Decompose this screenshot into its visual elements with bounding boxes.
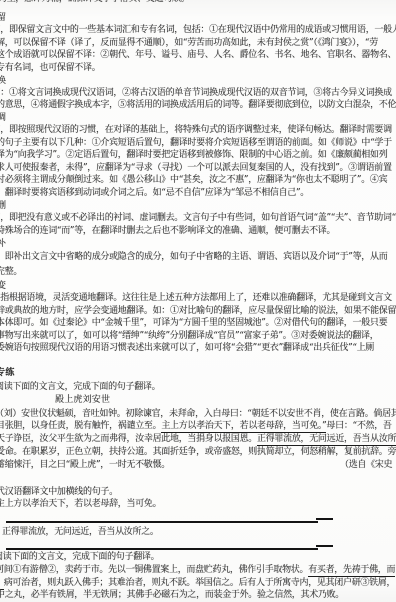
line-text: 求人可使报秦者，未得”，应翻译为“寻求（寻找）一个可以派去回复秦国的人，没有找到…	[0, 163, 392, 173]
source-citation: （选自《宋史	[340, 460, 392, 471]
line-text: 的句子主要有以下几种：①介宾短语后置句，翻译时要将介宾短语移至谓语的前面。如《师…	[0, 138, 392, 148]
line-text: 专练	[0, 368, 15, 378]
line-text: 的意思，④将通假字换成本字，⑤将活用的词换成活用后的词等。翻译要彻底到位，以防文…	[0, 100, 396, 110]
document-page: 为主，意译为辅，确保译文字字落实、文通句顺。留”，即保留文言文中的一些基本词汇和…	[0, 0, 396, 602]
text-line: ”，即按照现代汉语的习惯，在对译的基础上，将特殊句式的语序调整过来，使译句畅达。…	[0, 125, 396, 137]
line-text: 主上方以孝治天下，若以老母辞，当可免。	[0, 499, 161, 509]
text-line: 译为“向我学习”。②定语后置句，翻译时要把定语移到被修饰、限制的中心语之前。如《…	[0, 150, 396, 162]
line-text: ，即补出文言文中省略的成分或隐含的成分，如句子中省略的主语、谓语、宾语以及介词“…	[0, 252, 387, 262]
line-text: 调	[0, 113, 6, 123]
line-text: 补	[0, 239, 6, 249]
line-text: 殿上虎刘安世	[55, 395, 110, 405]
line-text: 阅读下面的文言文，完成下面的句子翻译。	[0, 382, 160, 392]
text-line: 特殊场合的连词“而”等，在翻译时删去之后也不影响译文的准确、通顺，便可删去不译。	[0, 226, 396, 238]
line-text: 受命。在职累岁，正色立朝，扶持公道。其面折廷争，或帝盛怒，则执简却立，伺怒稍解，…	[0, 447, 396, 457]
line-text: ，翻译时要将宾语移到动词或介词之后。如“忌不自信”应译为“邹忌不相信自己”。	[0, 188, 309, 198]
line-text: ”，即保留文言文中的一些基本词汇和专有名词，包括：①在现代汉语中仍常用的成语或习…	[0, 25, 396, 35]
line-text: 这个成语就可以保留不译：②朝代、年号、谥号、庙号、人名、爵位名、书名、地名、官职…	[0, 50, 396, 60]
section-header: 变	[0, 281, 396, 293]
text-line: 辞或典故的地方时，应学会变通地翻译。如：①对比喻句的翻译，应尽量保留比喻的说法，…	[0, 306, 396, 318]
section-header: 换	[0, 76, 396, 88]
line-text: 代汉语翻译文中加横线的句子。	[0, 487, 118, 497]
line-text: 河间①有游僧②，卖药于市。先以一铜佛置案上，而盘贮药丸，佛作引手取物状。	[0, 565, 308, 575]
answer-blank-line	[0, 518, 396, 524]
line-text: 为主，意译为辅，确保译文字字落实、文通句顺。	[0, 0, 189, 4]
line-text: 母曰：“不然，吾	[326, 421, 391, 431]
underlined-sentence: 有买者，先祷于佛，而	[308, 565, 395, 577]
practice-section-header: 专练	[0, 368, 396, 380]
section-header: 留	[0, 13, 396, 25]
line-text: 中之丸，必半有铁屑，半无铁屑；其佛手必磁石为之，而装金于外。验之信然，其术乃败。	[0, 590, 344, 600]
text-line: ，病可治者，则丸跃入佛手；其难治者，则丸不跃。举国信之。后有人于所寓寺内，见其闭…	[0, 578, 396, 590]
text-line: 解，可以保留不译（译了，反而显得不通顺），如“劳苦而功高如此，未有封侯之赏”（《…	[0, 38, 396, 50]
line-text: 委婉语句按照现代汉语的用语习惯表述出来就可以了，如可将“会猎”“更衣”翻译成“出…	[0, 343, 374, 353]
text-line: ”，即保留文言文中的一些基本词汇和专有名词，包括：①在现代汉语中仍常用的成语或习…	[0, 25, 396, 37]
line-text: 完整。	[0, 267, 22, 277]
text-line: 主上方以孝治天下，若以老母辞，当可免。	[0, 499, 396, 511]
text-line: 中之丸，必半有铁屑，半无铁屑；其佛手必磁石为之，而装金于外。验之信然，其术乃败。	[0, 590, 396, 602]
line-text: ”，即按照现代汉语的习惯，在对译的基础上，将特殊句式的语序调整过来，使译句畅达。…	[0, 125, 392, 135]
text-line: 目张胆，以身任责，脱有触忤，祸谴立至。主上方以孝治天下，若以老母辞，当可免。”母…	[0, 421, 396, 433]
line-text: 天子诤臣，汝父平生欲为之而弗得，汝幸居此地，当捐身以报国恩。	[0, 434, 257, 444]
text-line: 阅读下面的文言文，完成下面的句子翻译。	[0, 552, 396, 564]
text-line: 天子诤臣，汝父平生欲为之而弗得，汝幸居此地，当捐身以报国恩。正得罪流放，无问远近…	[0, 434, 396, 446]
text-line: 河间①有游僧②，卖药于市。先以一铜佛置案上，而盘贮药丸，佛作引手取物状。有买者，…	[0, 565, 396, 577]
underlined-sentence: 主上方以孝治天下，若以老母辞，当可免。”	[161, 421, 326, 433]
text-line: （刘）安世仪状魁硕，音吐如钟。初除谏官，未拜命，入白母曰：“朝廷不以安世不肖，使…	[0, 409, 396, 421]
line-text: 事物写出来就可以了，如可以将“缙绅”“纨绔”分别翻译成“官员”“富家子弟”。③对…	[0, 331, 378, 341]
line-text: ”，即把没有意义或不必译出的衬词、虚词删去。文言句子中有些词，如句首语气词“盖”…	[0, 213, 396, 223]
text-line: 专有名词，也可保留不译。	[0, 63, 396, 75]
text-line: 这个成语就可以保留不译：②朝代、年号、谥号、庙号、人名、爵位名、书名、地名、官职…	[0, 50, 396, 62]
section-header: 删	[0, 201, 396, 213]
line-text: 阅读下面的文言文，完成下面的句子翻译。	[0, 552, 159, 562]
text-line: ”指根据语境，灵活变通地翻译。这往往是上述五种方法都用上了，还难以准确翻译，尤其…	[0, 293, 396, 305]
answer-blank-line-segment	[6, 521, 318, 523]
passage-title: 殿上虎刘安世	[55, 395, 396, 407]
text-line: 本体即可。如《过秦论》中“金城千里”，可译为“方圆千里的坚固城池”。②对借代句的…	[0, 318, 396, 330]
line-text: 本体即可。如《过秦论》中“金城千里”，可译为“方圆千里的坚固城池”。②对借代句的…	[0, 318, 387, 328]
text-line: ，即补出文言文中省略的成分或隐含的成分，如句子中省略的主语、谓语、宾语以及介词“…	[0, 252, 396, 264]
text-line: ”，即把没有意义或不必译出的衬词、虚词删去。文言句子中有些词，如句首语气词“盖”…	[0, 213, 396, 225]
line-text: 时必须将主谓成分颠倒过来。如《愚公移山》中“甚矣，汝之不惠”，应翻译为“你也太不…	[0, 175, 387, 185]
line-text: 正得罪流放，无问远近，吾当从汝所之。	[2, 527, 159, 537]
line-text: 换	[0, 76, 6, 86]
text-line: 时必须将主谓成分颠倒过来。如《愚公移山》中“甚矣，汝之不惠”，应翻译为“你也太不…	[0, 175, 396, 187]
line-text: 蓄缩悚汗，目之曰“殿上虎”，一时无不敬慑。	[0, 460, 170, 470]
line-text: 辞或典故的地方时，应学会变通地翻译。如：①对比喻句的翻译，应尽量保留比喻的说法，…	[0, 306, 396, 316]
text-line: 求人可使报秦者，未得”，应翻译为“寻求（寻找）一个可以派去回复秦国的人，没有找到…	[0, 163, 396, 175]
text-line: 的意思，④将通假字换成本字，⑤将活用的词换成活用后的词等。翻译要彻底到位，以防文…	[0, 100, 396, 112]
line-text: ”：①将文言词换成现代汉语词，②将古汉语的单音节词换成现代汉语的双音节词，③将古…	[0, 88, 392, 98]
text-line: 的句子主要有以下几种：①介宾短语后置句，翻译时要将介宾短语移至谓语的前面。如《师…	[0, 138, 396, 150]
line-text: 解，可以保留不译（译了，反而显得不通顺），如“劳苦而功高如此，未有封侯之赏”（《…	[0, 38, 378, 48]
underlined-sentence: 正得罪流放，无问远近，吾当从汝所	[257, 434, 396, 446]
line-text: 变	[0, 281, 6, 291]
line-text: 特殊场合的连词“而”等，在翻译时删去之后也不影响译文的准确、通顺，便可删去不译。	[0, 226, 335, 236]
section-header: 调	[0, 113, 396, 125]
line-text: 专有名词，也可保留不译。	[0, 63, 100, 73]
text-line: ”：①将文言词换成现代汉语词，②将古汉语的单音节词换成现代汉语的双音节词，③将古…	[0, 88, 396, 100]
text-line: 受命。在职累岁，正色立朝，扶持公道。其面折廷争，或帝盛怒，则执简却立，伺怒稍解，…	[0, 447, 396, 459]
line-text: 目张胆，以身任责，脱有触忤，祸谴立至。	[0, 421, 161, 431]
line-text: （刘）安世仪状魁硕，音吐如钟。初除谏官，未拜命，入白母曰：“朝廷不以安世不肖，使…	[0, 409, 396, 419]
line-text: ”指根据语境，灵活变通地翻译。这往往是上述五种方法都用上了，还难以准确翻译，尤其…	[0, 293, 392, 303]
line-text: 删	[0, 201, 6, 211]
answer-blank-line-segment	[316, 518, 333, 520]
line-text: 译为“向我学习”。②定语后置句，翻译时要把定语移到被修饰、限制的中心语之前。如《…	[0, 150, 387, 160]
text-line: 完整。	[0, 267, 396, 279]
answer-blank-line	[0, 545, 396, 551]
text-line: 阅读下面的文言文，完成下面的句子翻译。	[0, 382, 396, 394]
answer-blank-line-segment	[316, 545, 333, 547]
line-text: 留	[0, 13, 6, 23]
text-line: ，翻译时要将宾语移到动词或介词之后。如“忌不自信”应译为“邹忌不相信自己”。	[0, 188, 396, 200]
line-text: 病可治者，则丸跃入佛手；其难治者，则丸不跃。举国信之。后有人于所寓寺内，见其闭户…	[4, 578, 396, 588]
text-line: 代汉语翻译文中加横线的句子。	[0, 487, 396, 499]
text-line: 委婉语句按照现代汉语的用语习惯表述出来就可以了，如可将“会猎”“更衣”翻译成“出…	[0, 343, 396, 355]
section-header: 补	[0, 239, 396, 251]
text-line: 事物写出来就可以了，如可以将“缙绅”“纨绔”分别翻译成“官员”“富家子弟”。③对…	[0, 331, 396, 343]
text-line: 为主，意译为辅，确保译文字字落实、文通句顺。	[0, 0, 396, 6]
text-line: 正得罪流放，无问远近，吾当从汝所之。	[2, 527, 396, 539]
text-line: 蓄缩悚汗，目之曰“殿上虎”，一时无不敬慑。（选自《宋史	[0, 460, 396, 472]
answer-blank-line-segment	[6, 548, 318, 550]
